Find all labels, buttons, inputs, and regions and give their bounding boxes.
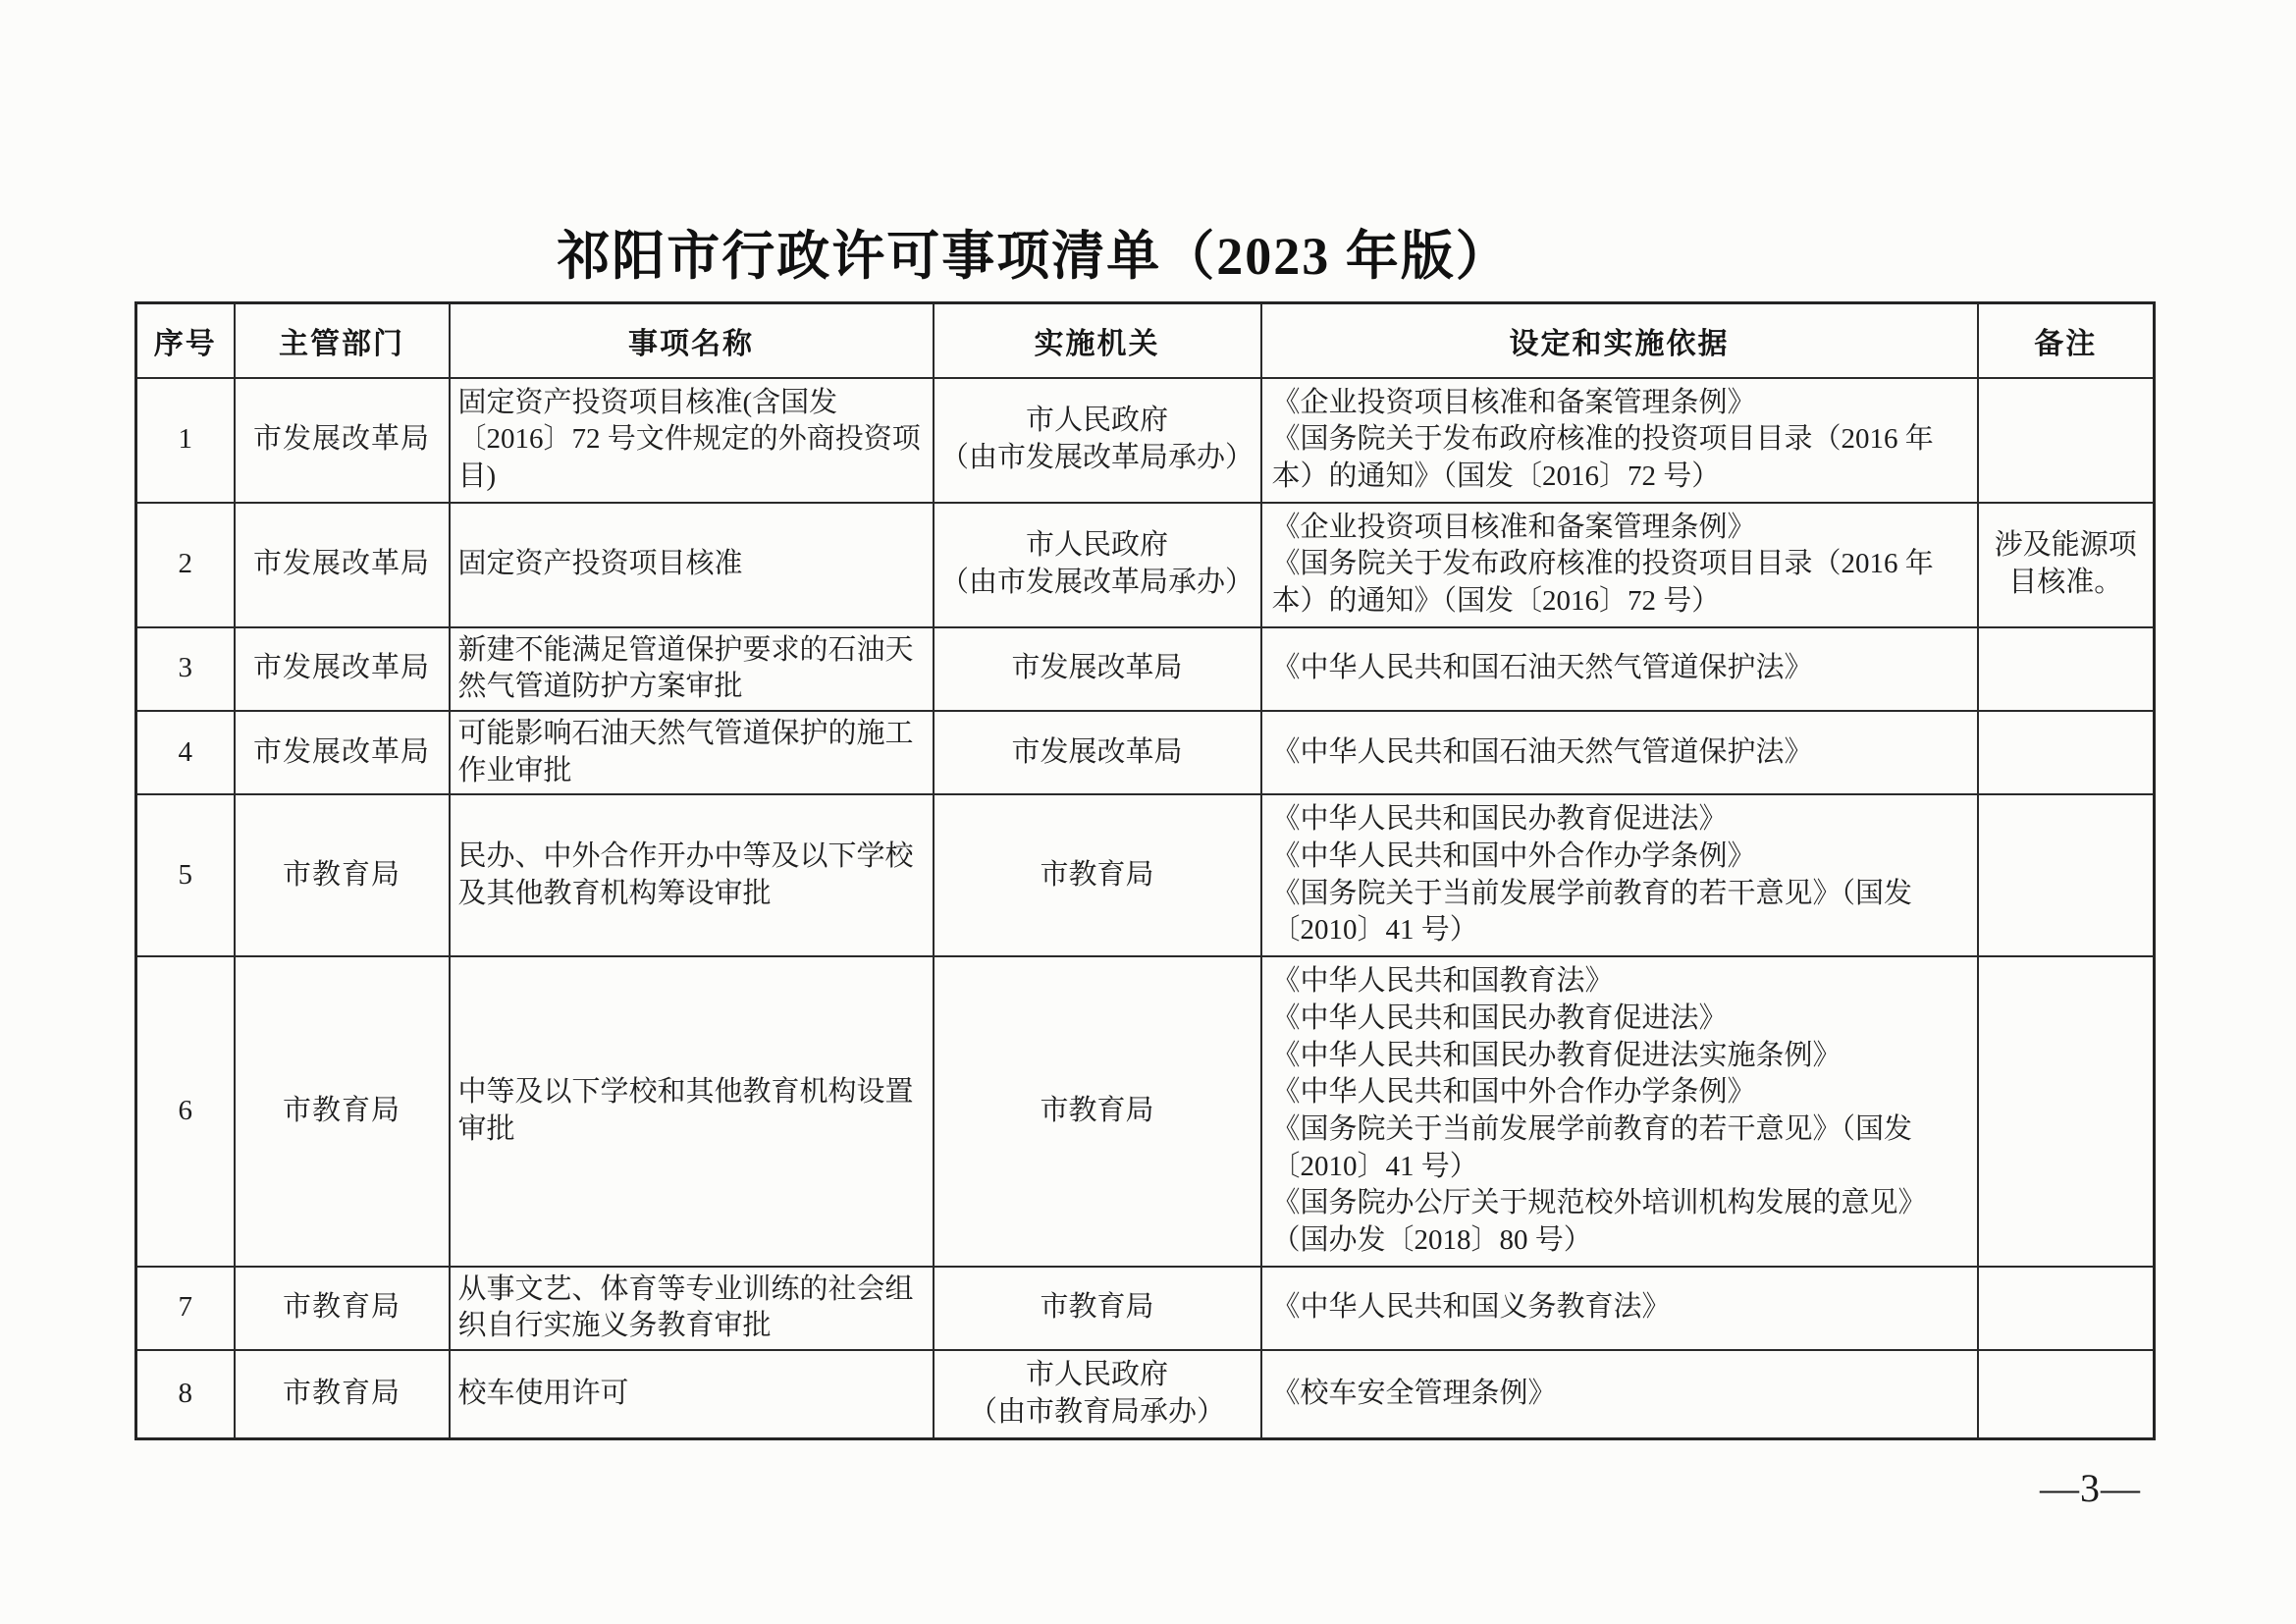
cell-serial: 5 [136, 794, 235, 956]
cell-basis: 《中华人民共和国教育法》 《中华人民共和国民办教育促进法》 《中华人民共和国民办… [1261, 956, 1978, 1267]
cell-basis: 《中华人民共和国义务教育法》 [1261, 1267, 1978, 1350]
cell-agency: 市人民政府 （由市教育局承办） [934, 1350, 1261, 1438]
table-row: 6 市教育局 中等及以下学校和其他教育机构设置审批 市教育局 《中华人民共和国教… [136, 956, 2155, 1267]
header-department: 主管部门 [235, 303, 450, 378]
cell-agency: 市发展改革局 [934, 711, 1261, 794]
cell-remark [1978, 711, 2155, 794]
table-row: 7 市教育局 从事文艺、体育等专业训练的社会组织自行实施义务教育审批 市教育局 … [136, 1267, 2155, 1350]
header-basis: 设定和实施依据 [1261, 303, 1978, 378]
cell-basis: 《中华人民共和国石油天然气管道保护法》 [1261, 711, 1978, 794]
table-row: 8 市教育局 校车使用许可 市人民政府 （由市教育局承办） 《校车安全管理条例》 [136, 1350, 2155, 1438]
table-row: 5 市教育局 民办、中外合作开办中等及以下学校及其他教育机构筹设审批 市教育局 … [136, 794, 2155, 956]
cell-department: 市发展改革局 [235, 378, 450, 503]
cell-agency: 市教育局 [934, 794, 1261, 956]
cell-serial: 7 [136, 1267, 235, 1350]
cell-serial: 3 [136, 627, 235, 711]
cell-agency: 市发展改革局 [934, 627, 1261, 711]
cell-remark [1978, 1350, 2155, 1438]
cell-serial: 8 [136, 1350, 235, 1438]
cell-agency: 市教育局 [934, 1267, 1261, 1350]
cell-item-name: 固定资产投资项目核准(含国发〔2016〕72 号文件规定的外商投资项目) [450, 378, 934, 503]
page-number: —3— [2040, 1465, 2141, 1511]
cell-item-name: 可能影响石油天然气管道保护的施工作业审批 [450, 711, 934, 794]
scanned-document-page: 祁阳市行政许可事项清单（2023 年版） 序号 主管部门 事项名称 实施机关 设… [0, 0, 2296, 1624]
table-row: 2 市发展改革局 固定资产投资项目核准 市人民政府 （由市发展改革局承办） 《企… [136, 503, 2155, 627]
cell-department: 市发展改革局 [235, 627, 450, 711]
cell-agency: 市教育局 [934, 956, 1261, 1267]
cell-basis: 《企业投资项目核准和备案管理条例》 《国务院关于发布政府核准的投资项目目录（20… [1261, 503, 1978, 627]
cell-basis: 《企业投资项目核准和备案管理条例》 《国务院关于发布政府核准的投资项目目录（20… [1261, 378, 1978, 503]
header-item-name: 事项名称 [450, 303, 934, 378]
cell-basis: 《校车安全管理条例》 [1261, 1350, 1978, 1438]
cell-item-name: 中等及以下学校和其他教育机构设置审批 [450, 956, 934, 1267]
cell-department: 市教育局 [235, 1267, 450, 1350]
cell-item-name: 固定资产投资项目核准 [450, 503, 934, 627]
page-title: 祁阳市行政许可事项清单（2023 年版） [25, 214, 2043, 290]
cell-department: 市教育局 [235, 794, 450, 956]
cell-department: 市发展改革局 [235, 711, 450, 794]
cell-item-name: 校车使用许可 [450, 1350, 934, 1438]
cell-serial: 4 [136, 711, 235, 794]
header-remark: 备注 [1978, 303, 2155, 378]
cell-serial: 1 [136, 378, 235, 503]
cell-remark [1978, 794, 2155, 956]
cell-remark: 涉及能源项目核准。 [1978, 503, 2155, 627]
cell-remark [1978, 1267, 2155, 1350]
cell-department: 市教育局 [235, 956, 450, 1267]
cell-basis: 《中华人民共和国石油天然气管道保护法》 [1261, 627, 1978, 711]
header-serial: 序号 [136, 303, 235, 378]
cell-department: 市教育局 [235, 1350, 450, 1438]
cell-serial: 6 [136, 956, 235, 1267]
table-row: 3 市发展改革局 新建不能满足管道保护要求的石油天然气管道防护方案审批 市发展改… [136, 627, 2155, 711]
cell-item-name: 从事文艺、体育等专业训练的社会组织自行实施义务教育审批 [450, 1267, 934, 1350]
table-row: 1 市发展改革局 固定资产投资项目核准(含国发〔2016〕72 号文件规定的外商… [136, 378, 2155, 503]
header-agency: 实施机关 [934, 303, 1261, 378]
cell-agency: 市人民政府 （由市发展改革局承办） [934, 378, 1261, 503]
cell-remark [1978, 627, 2155, 711]
table-header-row: 序号 主管部门 事项名称 实施机关 设定和实施依据 备注 [136, 303, 2155, 378]
cell-remark [1978, 956, 2155, 1267]
cell-remark [1978, 378, 2155, 503]
permit-items-table: 序号 主管部门 事项名称 实施机关 设定和实施依据 备注 1 市发展改革局 固定… [134, 301, 2156, 1440]
cell-item-name: 民办、中外合作开办中等及以下学校及其他教育机构筹设审批 [450, 794, 934, 956]
cell-item-name: 新建不能满足管道保护要求的石油天然气管道防护方案审批 [450, 627, 934, 711]
cell-basis: 《中华人民共和国民办教育促进法》 《中华人民共和国中外合作办学条例》 《国务院关… [1261, 794, 1978, 956]
cell-agency: 市人民政府 （由市发展改革局承办） [934, 503, 1261, 627]
cell-serial: 2 [136, 503, 235, 627]
table-row: 4 市发展改革局 可能影响石油天然气管道保护的施工作业审批 市发展改革局 《中华… [136, 711, 2155, 794]
cell-department: 市发展改革局 [235, 503, 450, 627]
